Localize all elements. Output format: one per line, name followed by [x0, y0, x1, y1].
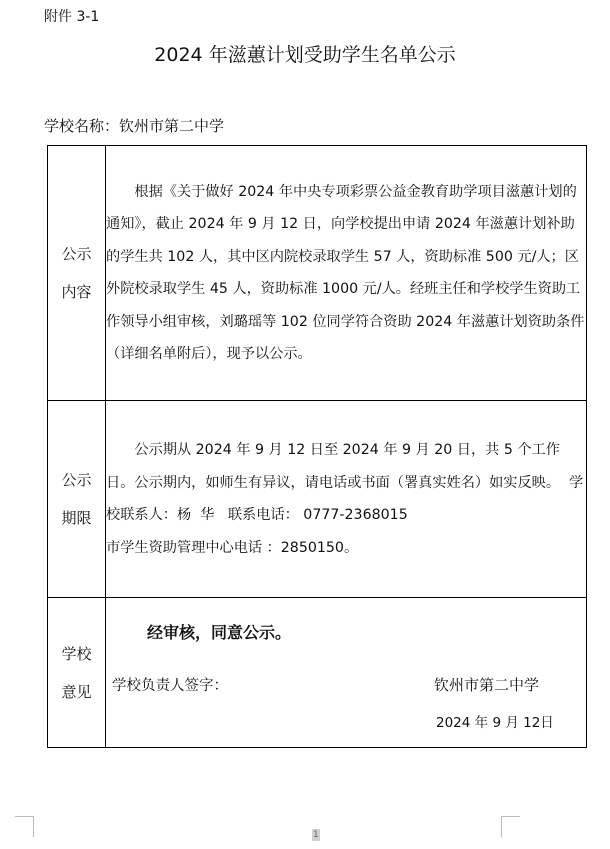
announcement-table: 公示 内容 根据《关于做好 2024 年中央专项彩票公益金教育助学项目滋蕙计划的…	[47, 145, 587, 748]
school-name-line: 学校名称：钦州市第二中学	[44, 115, 224, 136]
label-line: 学校	[48, 635, 105, 673]
period-text: 公示期从 2024 年 9 月 12 日至 2024 年 9 月 20 日，共 …	[106, 434, 586, 532]
contact-center-text: 市学生资助管理中心电话 ：2850150。	[106, 532, 586, 565]
label-line: 内容	[48, 273, 105, 311]
row-content-opinion: 经审核，同意公示。 学校负责人签字： 钦州市第二中学 2024 年 9 月 12…	[106, 598, 587, 748]
row-label-opinion: 学校 意见	[48, 598, 106, 748]
label-line: 期限	[48, 499, 105, 537]
attachment-label: 附件 3-1	[44, 6, 99, 26]
org-name: 钦州市第二中学	[434, 674, 539, 695]
row-content-period: 公示期从 2024 年 9 月 12 日至 2024 年 9 月 20 日，共 …	[106, 401, 587, 598]
page-corner-mark-right	[501, 816, 520, 837]
row-label-content: 公示 内容	[48, 146, 106, 401]
table-row-opinion: 学校 意见 经审核，同意公示。 学校负责人签字： 钦州市第二中学 2024 年 …	[48, 598, 587, 748]
label-line: 公示	[48, 461, 105, 499]
approval-statement: 经审核，同意公示。	[147, 620, 291, 643]
page-number: 1	[312, 829, 320, 841]
document-title: 2024 年滋蕙计划受助学生名单公示	[0, 40, 610, 67]
signature-date: 2024 年 9 月 12日	[436, 711, 554, 731]
row-label-period: 公示 期限	[48, 401, 106, 598]
table-row-period: 公示 期限 公示期从 2024 年 9 月 12 日至 2024 年 9 月 2…	[48, 401, 587, 598]
announcement-text: 根据《关于做好 2024 年中央专项彩票公益金教育助学项目滋蕙计划的通知》，截止…	[106, 176, 586, 371]
page-corner-mark-left	[15, 816, 34, 837]
table-row-content: 公示 内容 根据《关于做好 2024 年中央专项彩票公益金教育助学项目滋蕙计划的…	[48, 146, 587, 401]
row-content-announcement: 根据《关于做好 2024 年中央专项彩票公益金教育助学项目滋蕙计划的通知》，截止…	[106, 146, 587, 401]
label-line: 意见	[48, 673, 105, 711]
signer-label: 学校负责人签字：	[112, 674, 228, 695]
label-line: 公示	[48, 235, 105, 273]
